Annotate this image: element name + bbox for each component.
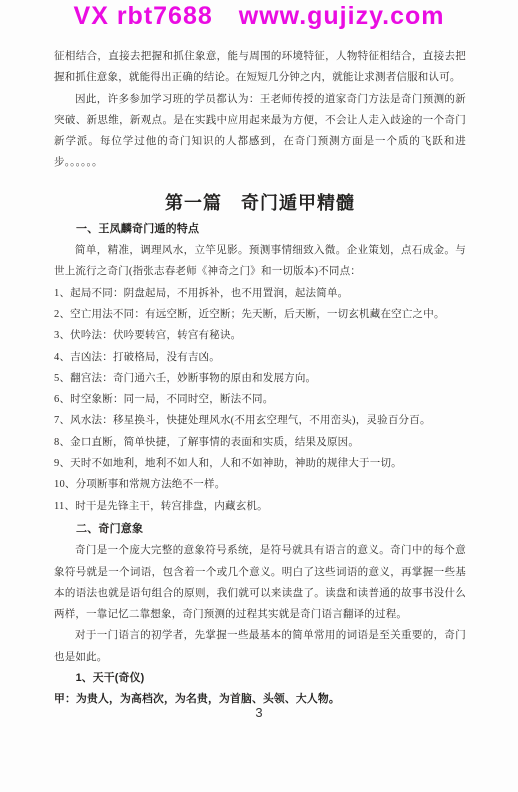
- list-item: 6、时空象断：同一局，不同时空，断法不同。: [54, 389, 466, 410]
- list-item: 5、翻宫法：奇门通六壬，妙断事物的原由和发展方向。: [54, 368, 466, 389]
- list-item: 2、空亡用法不同：有远空断，近空断；先天断，后天断，一切玄机藏在空亡之中。: [54, 304, 466, 325]
- chapter-title-number: 第一篇: [165, 189, 222, 217]
- list-item: 10、分项断事和常规方法绝不一样。: [54, 474, 466, 495]
- list-item: 9、天时不如地利，地利不如人和，人和不如神助，神助的规律大于一切。: [54, 453, 466, 474]
- section1-item-list: 1、起局不同：阴盘起局，不用拆补，也不用置润，起法简单。 2、空亡用法不同：有远…: [54, 283, 466, 517]
- scanned-book-page: VX rbt7688 www.gujizy.com 征相结合，直接去把握和抓住象…: [0, 0, 518, 792]
- watermark-banner: VX rbt7688 www.gujizy.com: [0, 2, 518, 31]
- watermark-site-url: www.gujizy.com: [239, 2, 445, 31]
- subsection-heading: 1、天干(奇仪): [54, 668, 466, 689]
- section1-lead-paragraph: 简单，精准，调理风水，立竿见影。预测事情细致入微。企业策划，点石成金。与世上流行…: [54, 240, 466, 283]
- list-item: 7、风水法：移星换斗，快捷处理风水(不用玄空理气，不用峦头)，灵验百分百。: [54, 410, 466, 431]
- page-text-column: 征相结合，直接去把握和抓住象意，能与周围的环境特征，人物特征相结合，直接去把握和…: [54, 46, 466, 711]
- list-item: 1、起局不同：阴盘起局，不用拆补，也不用置润，起法简单。: [54, 283, 466, 304]
- chapter-title: 第一篇 奇门遁甲精髓: [54, 189, 466, 217]
- list-item: 4、吉凶法：打破格局，没有吉凶。: [54, 347, 466, 368]
- section2-paragraph-1: 奇门是一个庞大完整的意象符号系统，是符号就具有语言的意义。奇门中的每个意象符号就…: [54, 540, 466, 625]
- watermark-vx-id: VX rbt7688: [74, 2, 213, 31]
- continued-paragraph: 征相结合，直接去把握和抓住象意，能与周围的环境特征，人物特征相结合，直接去把握和…: [54, 46, 466, 89]
- intro-paragraph: 因此，许多参加学习班的学员都认为：王老师传授的道家奇门方法是奇门预测的新突破、新…: [54, 89, 466, 174]
- list-item: 8、金口直断，简单快捷，了解事情的表面和实质，结果及原因。: [54, 432, 466, 453]
- section2-heading: 二、奇门意象: [54, 519, 466, 540]
- section2-paragraph-2: 对于一门语言的初学者，先掌握一些最基本的简单常用的词语是至关重要的，奇门也是如此…: [54, 625, 466, 668]
- chapter-title-text: 奇门遁甲精髓: [241, 189, 355, 217]
- list-item: 11、时干是先锋主干，转宫排盘，内藏玄机。: [54, 496, 466, 517]
- list-item: 3、伏吟法：伏吟要转宫，转宫有秘诀。: [54, 325, 466, 346]
- section1-heading: 一、王凤麟奇门遁的特点: [54, 219, 466, 240]
- page-number: 3: [0, 705, 518, 720]
